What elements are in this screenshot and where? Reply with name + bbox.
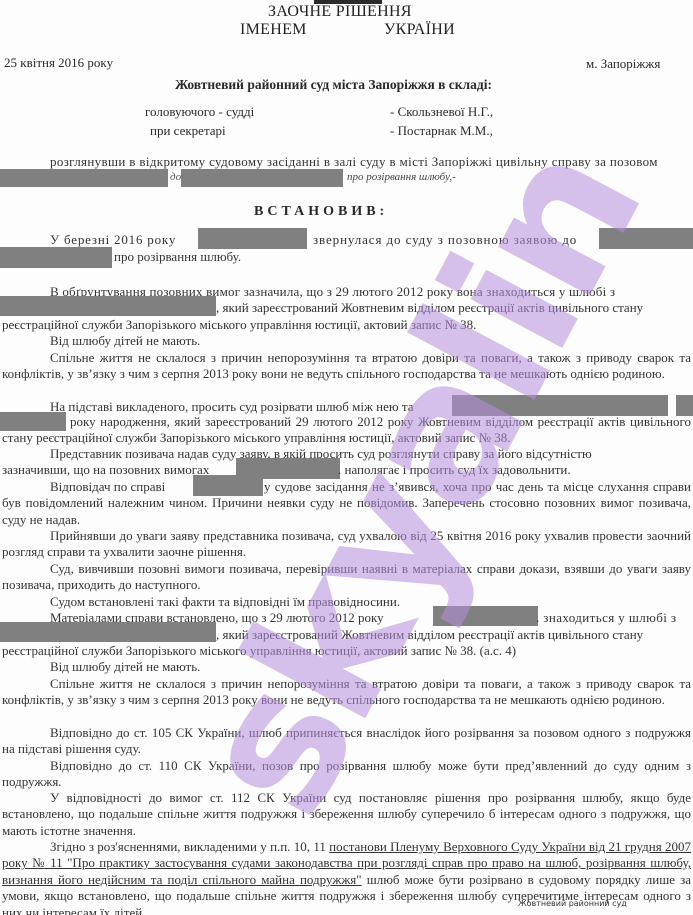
court-name: Жовтневий районний суд міста Запоріжжя в… (175, 77, 492, 93)
redacted-name (599, 228, 693, 249)
paragraph: Відповідно до ст. 110 СК України, позов … (2, 758, 691, 791)
paragraph-text: , який зареєстрований Жовтневим відділом… (216, 627, 643, 643)
title-line2-left: ІМЕНЕМ (240, 21, 307, 39)
paragraph: Спільне життя не склалося з причин непор… (2, 350, 691, 383)
intro-subject: про розірвання шлюбу,- (347, 171, 456, 183)
paragraph: Суд, вивчивши позовні вимоги позивача, п… (2, 561, 691, 594)
redacted-name (0, 247, 112, 268)
paragraph: Прийнявши до уваги заяву представника по… (2, 528, 691, 561)
secretary-name: - Постарнак М.М., (390, 123, 493, 139)
judge-name: - Скользневої Н.Г., (390, 104, 493, 120)
intro-to: до (170, 171, 181, 183)
paragraph: Відповідно до ст. 105 СК України, шлюб п… (2, 725, 691, 758)
title-line2-right: УКРАЇНИ (384, 21, 455, 39)
paragraph-text: реєстраційної служби Запорізького місько… (2, 317, 476, 333)
paragraph-text: зазначивши, що на позовних вимогах (2, 462, 209, 478)
paragraph-text: про розірвання шлюбу. (114, 249, 241, 265)
paragraph-text: реєстраційної служби Запорізького місько… (2, 643, 516, 659)
paragraph-text: На підставі викладеного, просить суд роз… (50, 399, 413, 415)
paragraph-text: . знаходиться у шлюбі з (536, 610, 676, 626)
document-page: ЗАОЧНЕ РІШЕННЯ ІМЕНЕМ УКРАЇНИ 25 квітня … (0, 0, 693, 915)
city: м. Запоріжжя (586, 56, 660, 72)
court-stamp: Жовтневий районний суд (518, 899, 627, 908)
secretary-label: при секретарі (150, 123, 226, 139)
paragraph-text: звернулася до суду з позовною заявою до (313, 232, 577, 248)
redacted-defendant (181, 169, 343, 187)
document-title: ЗАОЧНЕ РІШЕННЯ (268, 3, 412, 21)
paragraph: Представник позивача надав суду заяву, в… (2, 446, 691, 462)
judge-label: головуючого - судді (145, 104, 254, 120)
redacted-name (452, 395, 668, 416)
redacted-name (198, 228, 307, 249)
paragraph-text: Від шлюбу дітей не мають. (50, 659, 200, 675)
paragraph: Спільне життя не склалося з причин непор… (2, 676, 691, 709)
redacted-name (433, 606, 538, 626)
redacted-name (0, 296, 216, 316)
redacted-plaintiff (0, 169, 168, 187)
redacted-name (676, 395, 693, 416)
paragraph-text: У березні 2016 року (50, 232, 176, 248)
paragraph-text: . наполягає і просить суд їх задовольнит… (338, 462, 571, 478)
section-title: ВСТАНОВИВ: (254, 204, 388, 220)
paragraph-text: Від шлюбу дітей не мають. (50, 333, 200, 349)
decision-date: 25 квітня 2016 року (4, 55, 113, 71)
paragraph: року народження, який зареєстрований 29 … (2, 414, 691, 447)
paragraph-text: , який зареєстрований Жовтневим відділом… (216, 300, 643, 316)
paragraph: У відповідності до вимог ст. 112 СК Укра… (2, 790, 691, 839)
intro-line: розглянувши в відкритому судовому засіда… (50, 154, 658, 170)
redacted-name (0, 622, 216, 642)
paragraph: у судове засідання не з’явився, хоча про… (2, 479, 691, 528)
paragraph-text: Судом встановлені такі факти та відповід… (50, 594, 400, 610)
